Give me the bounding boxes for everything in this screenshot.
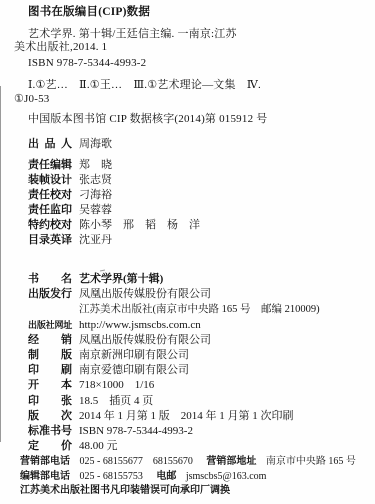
pub-label: 定价 [28, 439, 72, 454]
cip-isbn: ISBN 978-7-5344-4993-2 [28, 57, 367, 71]
marketing-phone-value: 025 - 68155677 68155670 [80, 456, 193, 467]
contact-row-marketing: 营销部电话 025 - 68155677 68155670 营销部地址 南京市中… [20, 455, 371, 470]
pub-row-sheets: 印张 18.5 插页 4 页 [28, 394, 371, 409]
pub-row-price: 定价 48.00 元 [28, 439, 371, 454]
publisher-url: http://www.jsmscbs.com.cn [79, 318, 371, 333]
marketing-address-value: 南京市中央路 165 号 [266, 456, 356, 467]
credit-value: 周海歌 [79, 137, 367, 152]
pub-row-edition: 版次 2014 年 1 月第 1 版 2014 年 1 月第 1 次印刷 [28, 409, 371, 424]
pub-label: 出版社网址 [28, 318, 72, 333]
pub-row-website: 出版社网址 http://www.jsmscbs.com.cn [28, 318, 371, 333]
marketing-phone-label: 营销部电话 [20, 456, 70, 467]
credit-value: 沈亚丹 [79, 233, 367, 248]
cip-header: 图书在版编目(CIP)数据 [28, 6, 367, 20]
credit-value: 刁海裕 [79, 188, 367, 203]
pub-value: 南京新洲印刷有限公司 [79, 348, 371, 363]
pub-value: 2014 年 1 月第 1 版 2014 年 1 月第 1 次印刷 [79, 409, 371, 424]
credit-label: 装帧设计 [28, 173, 72, 188]
pub-row-distributor: 经销 凤凰出版传媒股份有限公司 [28, 333, 371, 348]
credit-label: 特约校对 [28, 218, 72, 233]
credit-value: 吴蓉蓉 [79, 203, 367, 218]
pub-value: 南京爱德印刷有限公司 [79, 363, 371, 378]
cip-block: 图书在版编目(CIP)数据 艺术学界. 第十辑/王廷信主编. 一南京:江苏 美术… [14, 6, 367, 127]
pub-label: 书名 [28, 272, 72, 287]
editorial-phone-label: 编辑部电话 [20, 471, 70, 482]
pub-label: 经销 [28, 333, 72, 348]
pub-label: 出版发行 [28, 287, 72, 302]
credit-value: 陈小琴 邢 韬 杨 洋 [79, 218, 367, 233]
pub-value: 凤凰出版传媒股份有限公司 [79, 333, 371, 348]
pub-value: 凤凰出版传媒股份有限公司 [79, 287, 371, 302]
pub-row-platemaking: 制版 南京新洲印刷有限公司 [28, 348, 371, 363]
contact-block: 营销部电话 025 - 68155677 68155670 营销部地址 南京市中… [20, 455, 371, 499]
pub-row-publisher-address: 江苏美术出版社(南京市中央路 165 号 邮编 210009) [79, 302, 371, 317]
cip-title-line2: 美术出版社,2014. 1 [14, 41, 367, 55]
pub-label: 印张 [28, 394, 72, 409]
publication-block: 书名 艺术学界(第十辑) 出版发行 凤凰出版传媒股份有限公司 江苏美术出版社(南… [28, 272, 371, 454]
credits-block: 出品人 周海歌 责任编辑 郑 晓 装帧设计 张志贤 责任校对 刁海裕 责任监印 … [28, 137, 367, 248]
credit-row-special-proofreaders: 特约校对 陈小琴 邢 韬 杨 洋 [28, 218, 367, 233]
pub-value: 18.5 插页 4 页 [79, 394, 371, 409]
pub-label: 标准书号 [28, 424, 72, 439]
pub-row-publisher: 出版发行 凤凰出版传媒股份有限公司 [28, 287, 371, 302]
marketing-address-label: 营销部地址 [206, 456, 256, 467]
book-price: 48.00 元 [79, 439, 371, 454]
credit-row-print-supervisor: 责任监印 吴蓉蓉 [28, 203, 367, 218]
credit-label: 责任监印 [28, 203, 72, 218]
cip-title-line1: 艺术学界. 第十辑/王廷信主编. 一南京:江苏 [28, 28, 367, 42]
misprint-exchange-notice: 江苏美术出版社图书凡印装错误可向承印厂调换 [20, 484, 371, 499]
credit-label: 出品人 [28, 137, 72, 152]
credit-row-editor: 责任编辑 郑 晓 [28, 158, 367, 173]
credit-value: 郑 晓 [79, 158, 367, 173]
cip-classification-line1: Ⅰ.①艺… Ⅱ.①王… Ⅲ.①艺术理论—文集 Ⅳ. [28, 79, 367, 93]
credit-value: 张志贤 [79, 173, 367, 188]
pub-row-format: 开本 718×1000 1/16 [28, 378, 371, 393]
credit-row-designer: 装帧设计 张志贤 [28, 173, 367, 188]
credit-label: 责任编辑 [28, 158, 72, 173]
credit-label: 责任校对 [28, 188, 72, 203]
pub-label: 开本 [28, 378, 72, 393]
email-label: 电邮 [156, 471, 176, 482]
credit-label: 目录英译 [28, 233, 72, 248]
pub-row-book-title: 书名 艺术学界(第十辑) [28, 272, 371, 287]
credit-row-translator: 目录英译 沈亚丹 [28, 233, 367, 248]
cip-record-number: 中国版本图书馆 CIP 数据核字(2014)第 015912 号 [28, 113, 367, 127]
book-title: 艺术学界(第十辑) [79, 272, 371, 287]
credit-row-proofreader: 责任校对 刁海裕 [28, 188, 367, 203]
pub-row-isbn: 标准书号 ISBN 978-7-5344-4993-2 [28, 424, 371, 439]
pub-label: 印刷 [28, 363, 72, 378]
cip-classification-line2: ①J0-53 [14, 93, 367, 107]
email-value: jsmscbs5@163.com [186, 471, 267, 482]
pub-label: 制版 [28, 348, 72, 363]
book-isbn: ISBN 978-7-5344-4993-2 [79, 424, 371, 439]
pub-value: 718×1000 1/16 [79, 378, 371, 393]
copyright-page: 图书在版编目(CIP)数据 艺术学界. 第十辑/王廷信主编. 一南京:江苏 美术… [0, 0, 375, 504]
scan-edge-artifact [0, 86, 1, 442]
pub-row-printer: 印刷 南京爱德印刷有限公司 [28, 363, 371, 378]
credit-row-publisher-person: 出品人 周海歌 [28, 137, 367, 152]
contact-row-editorial: 编辑部电话 025 - 68155753 电邮 jsmscbs5@163.com [20, 470, 371, 485]
pub-label: 版次 [28, 409, 72, 424]
editorial-phone-value: 025 - 68155753 [80, 471, 143, 482]
